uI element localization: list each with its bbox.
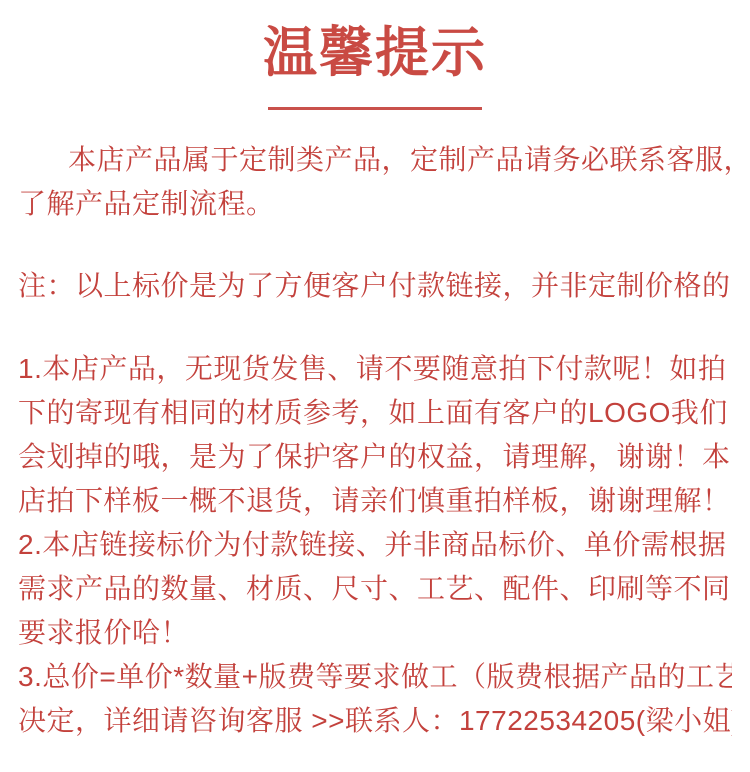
- text-line: 会划掉的哦，是为了保护客户的权益，请理解，谢谢！本: [18, 435, 732, 479]
- text-line: 要求报价哈！: [18, 611, 732, 655]
- notice-page: 温馨提示 本店产品属于定制类产品，定制产品请务必联系客服，了解产品定制流程。 注…: [0, 0, 750, 772]
- text-line: 下的寄现有相同的材质参考，如上面有客户的LOGO我们: [18, 391, 732, 435]
- text-line: 店拍下样板一概不退货，请亲们慎重拍样板，谢谢理解！: [18, 479, 732, 523]
- title-underline: [268, 107, 482, 110]
- text-line: 3.总价=单价*数量+版费等要求做工（版费根据产品的工艺: [18, 655, 732, 699]
- text-line: 2.本店链接标价为付款链接、并非商品标价、单价需根据: [18, 523, 732, 567]
- text-line: 需求产品的数量、材质、尺寸、工艺、配件、印刷等不同: [18, 567, 732, 611]
- terms-paragraph: 1.本店产品，无现货发售、请不要随意拍下付款呢！如拍下的寄现有相同的材质参考，如…: [18, 347, 732, 743]
- text-line: 决定，详细请咨询客服 >>联系人：17722534205(梁小姐): [18, 699, 732, 743]
- text-line: 了解产品定制流程。: [18, 182, 732, 226]
- page-title: 温馨提示: [18, 0, 732, 86]
- text-line: 1.本店产品，无现货发售、请不要随意拍下付款呢！如拍: [18, 347, 732, 391]
- text-line: 本店产品属于定制类产品，定制产品请务必联系客服，: [18, 138, 732, 182]
- intro-paragraph: 本店产品属于定制类产品，定制产品请务必联系客服，了解产品定制流程。: [18, 138, 732, 226]
- note-paragraph: 注：以上标价是为了方便客户付款链接，并非定制价格的哦！: [18, 264, 732, 308]
